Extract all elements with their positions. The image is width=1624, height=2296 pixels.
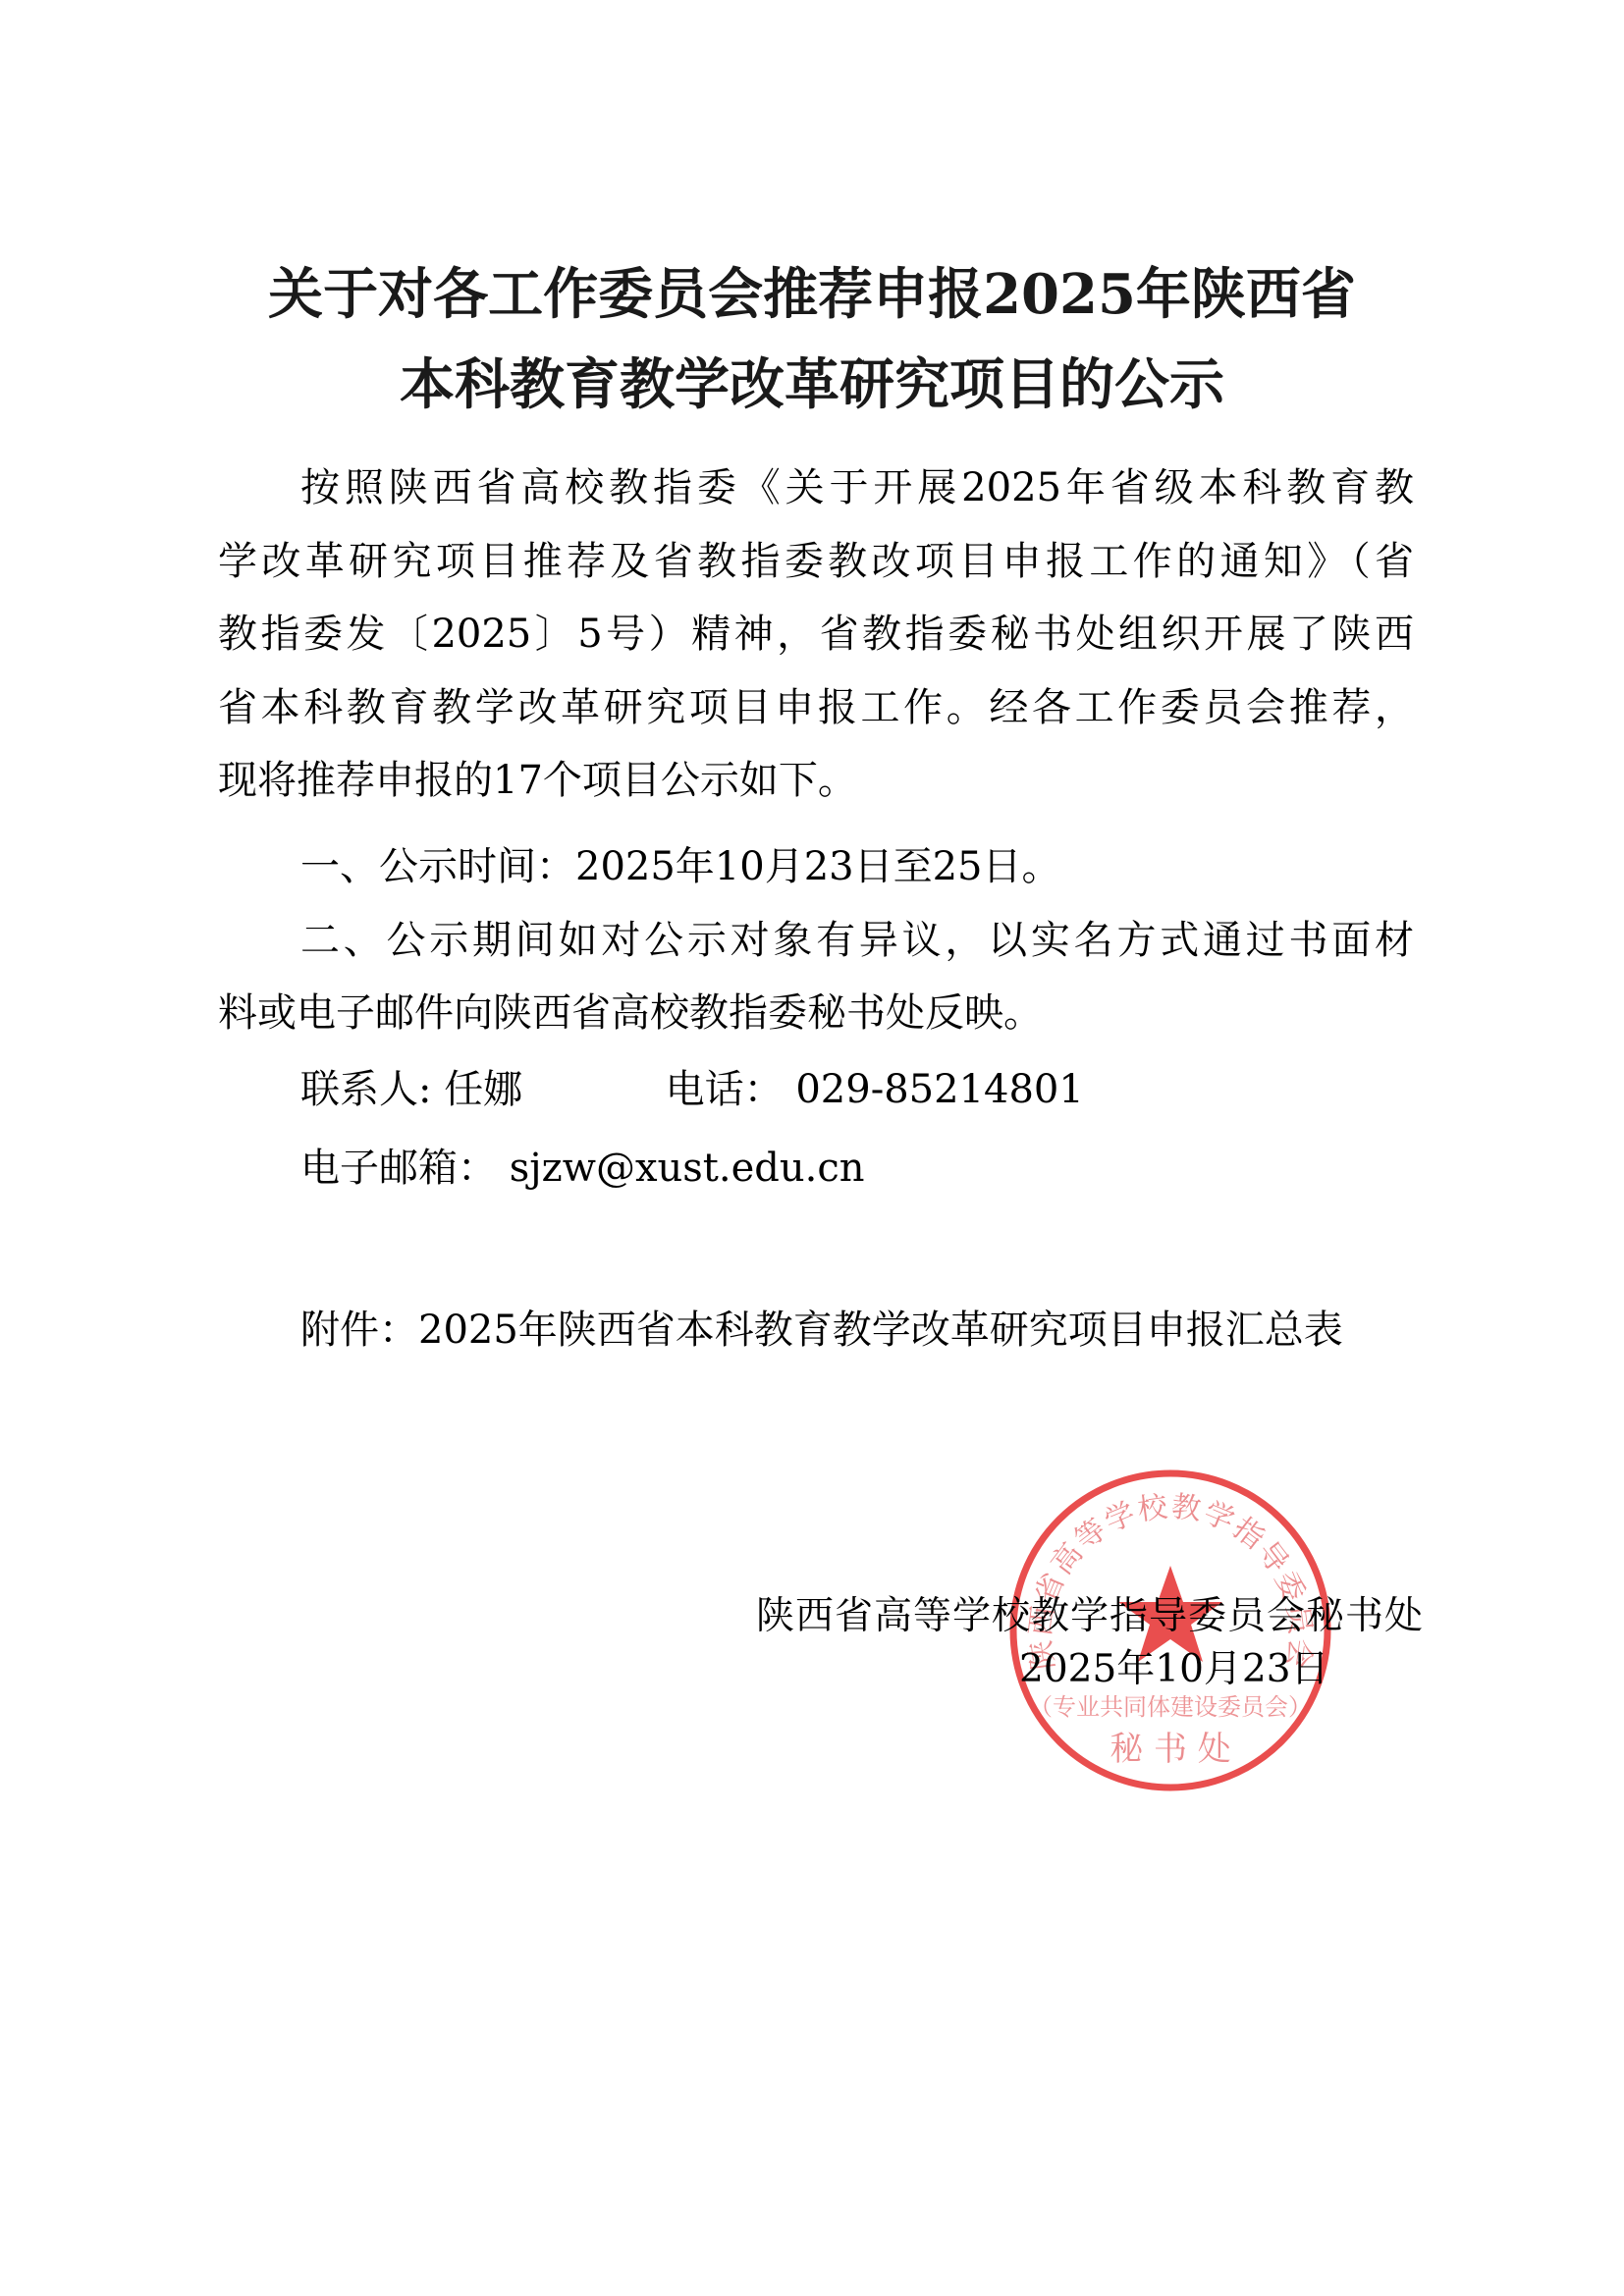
signature-organization: 陕西省高等学校教学指导委员会秘书处 xyxy=(756,1591,1424,1642)
body-paragraph-1-line-1: 按照陕西省高校教指委《关于开展2025年省级本科教育教 xyxy=(300,462,1414,513)
contact-person-name: 任娜 xyxy=(444,1067,522,1112)
objection-item-line-1: 二、公示期间如对公示对象有异议，以实名方式通过书面材 xyxy=(300,915,1414,966)
body-paragraph-1-line-5: 现将推荐申报的17个项目公示如下。 xyxy=(218,755,1414,806)
body-paragraph-1-line-2: 学改革研究项目推荐及省教指委教改项目申报工作的通知》（省 xyxy=(218,536,1414,587)
contact-phone-label: 电话： xyxy=(666,1067,784,1112)
attachment-line: 附件：2025年陕西省本科教育教学改革研究项目申报汇总表 xyxy=(300,1305,1414,1356)
document-title-line-1: 关于对各工作委员会推荐申报2025年陕西省 xyxy=(0,260,1624,329)
contact-email[interactable]: sjzw@xust.edu.cn xyxy=(510,1146,865,1191)
document-title-line-2: 本科教育教学改革研究项目的公示 xyxy=(0,350,1624,419)
body-paragraph-1-line-3: 教指委发〔2025〕5号）精神，省教指委秘书处组织开展了陕西 xyxy=(218,609,1414,660)
notice-period-item: 一、公示时间：2025年10月23日至25日。 xyxy=(300,841,1414,892)
objection-item-line-2: 料或电子邮件向陕西省高校教指委秘书处反映。 xyxy=(218,988,1414,1039)
signature-date: 2025年10月23日 xyxy=(1019,1644,1329,1695)
seal-bottom-text: 秘 书 处 xyxy=(1110,1730,1231,1769)
contact-line: 联系人: 任娜 电话： 029-85214801 xyxy=(300,1064,1414,1115)
seal-middle-text: （专业共同体建设委员会） xyxy=(1029,1693,1312,1721)
document-page: 关于对各工作委员会推荐申报2025年陕西省 本科教育教学改革研究项目的公示 按照… xyxy=(0,0,1624,2296)
contact-email-label: 电子邮箱： xyxy=(300,1146,497,1191)
contact-phone: 029-85214801 xyxy=(795,1067,1083,1112)
contact-person-label: 联系人: xyxy=(300,1067,431,1112)
email-line: 电子邮箱： sjzw@xust.edu.cn xyxy=(300,1143,1414,1194)
body-paragraph-1-line-4: 省本科教育教学改革研究项目申报工作。经各工作委员会推荐， xyxy=(218,682,1414,733)
